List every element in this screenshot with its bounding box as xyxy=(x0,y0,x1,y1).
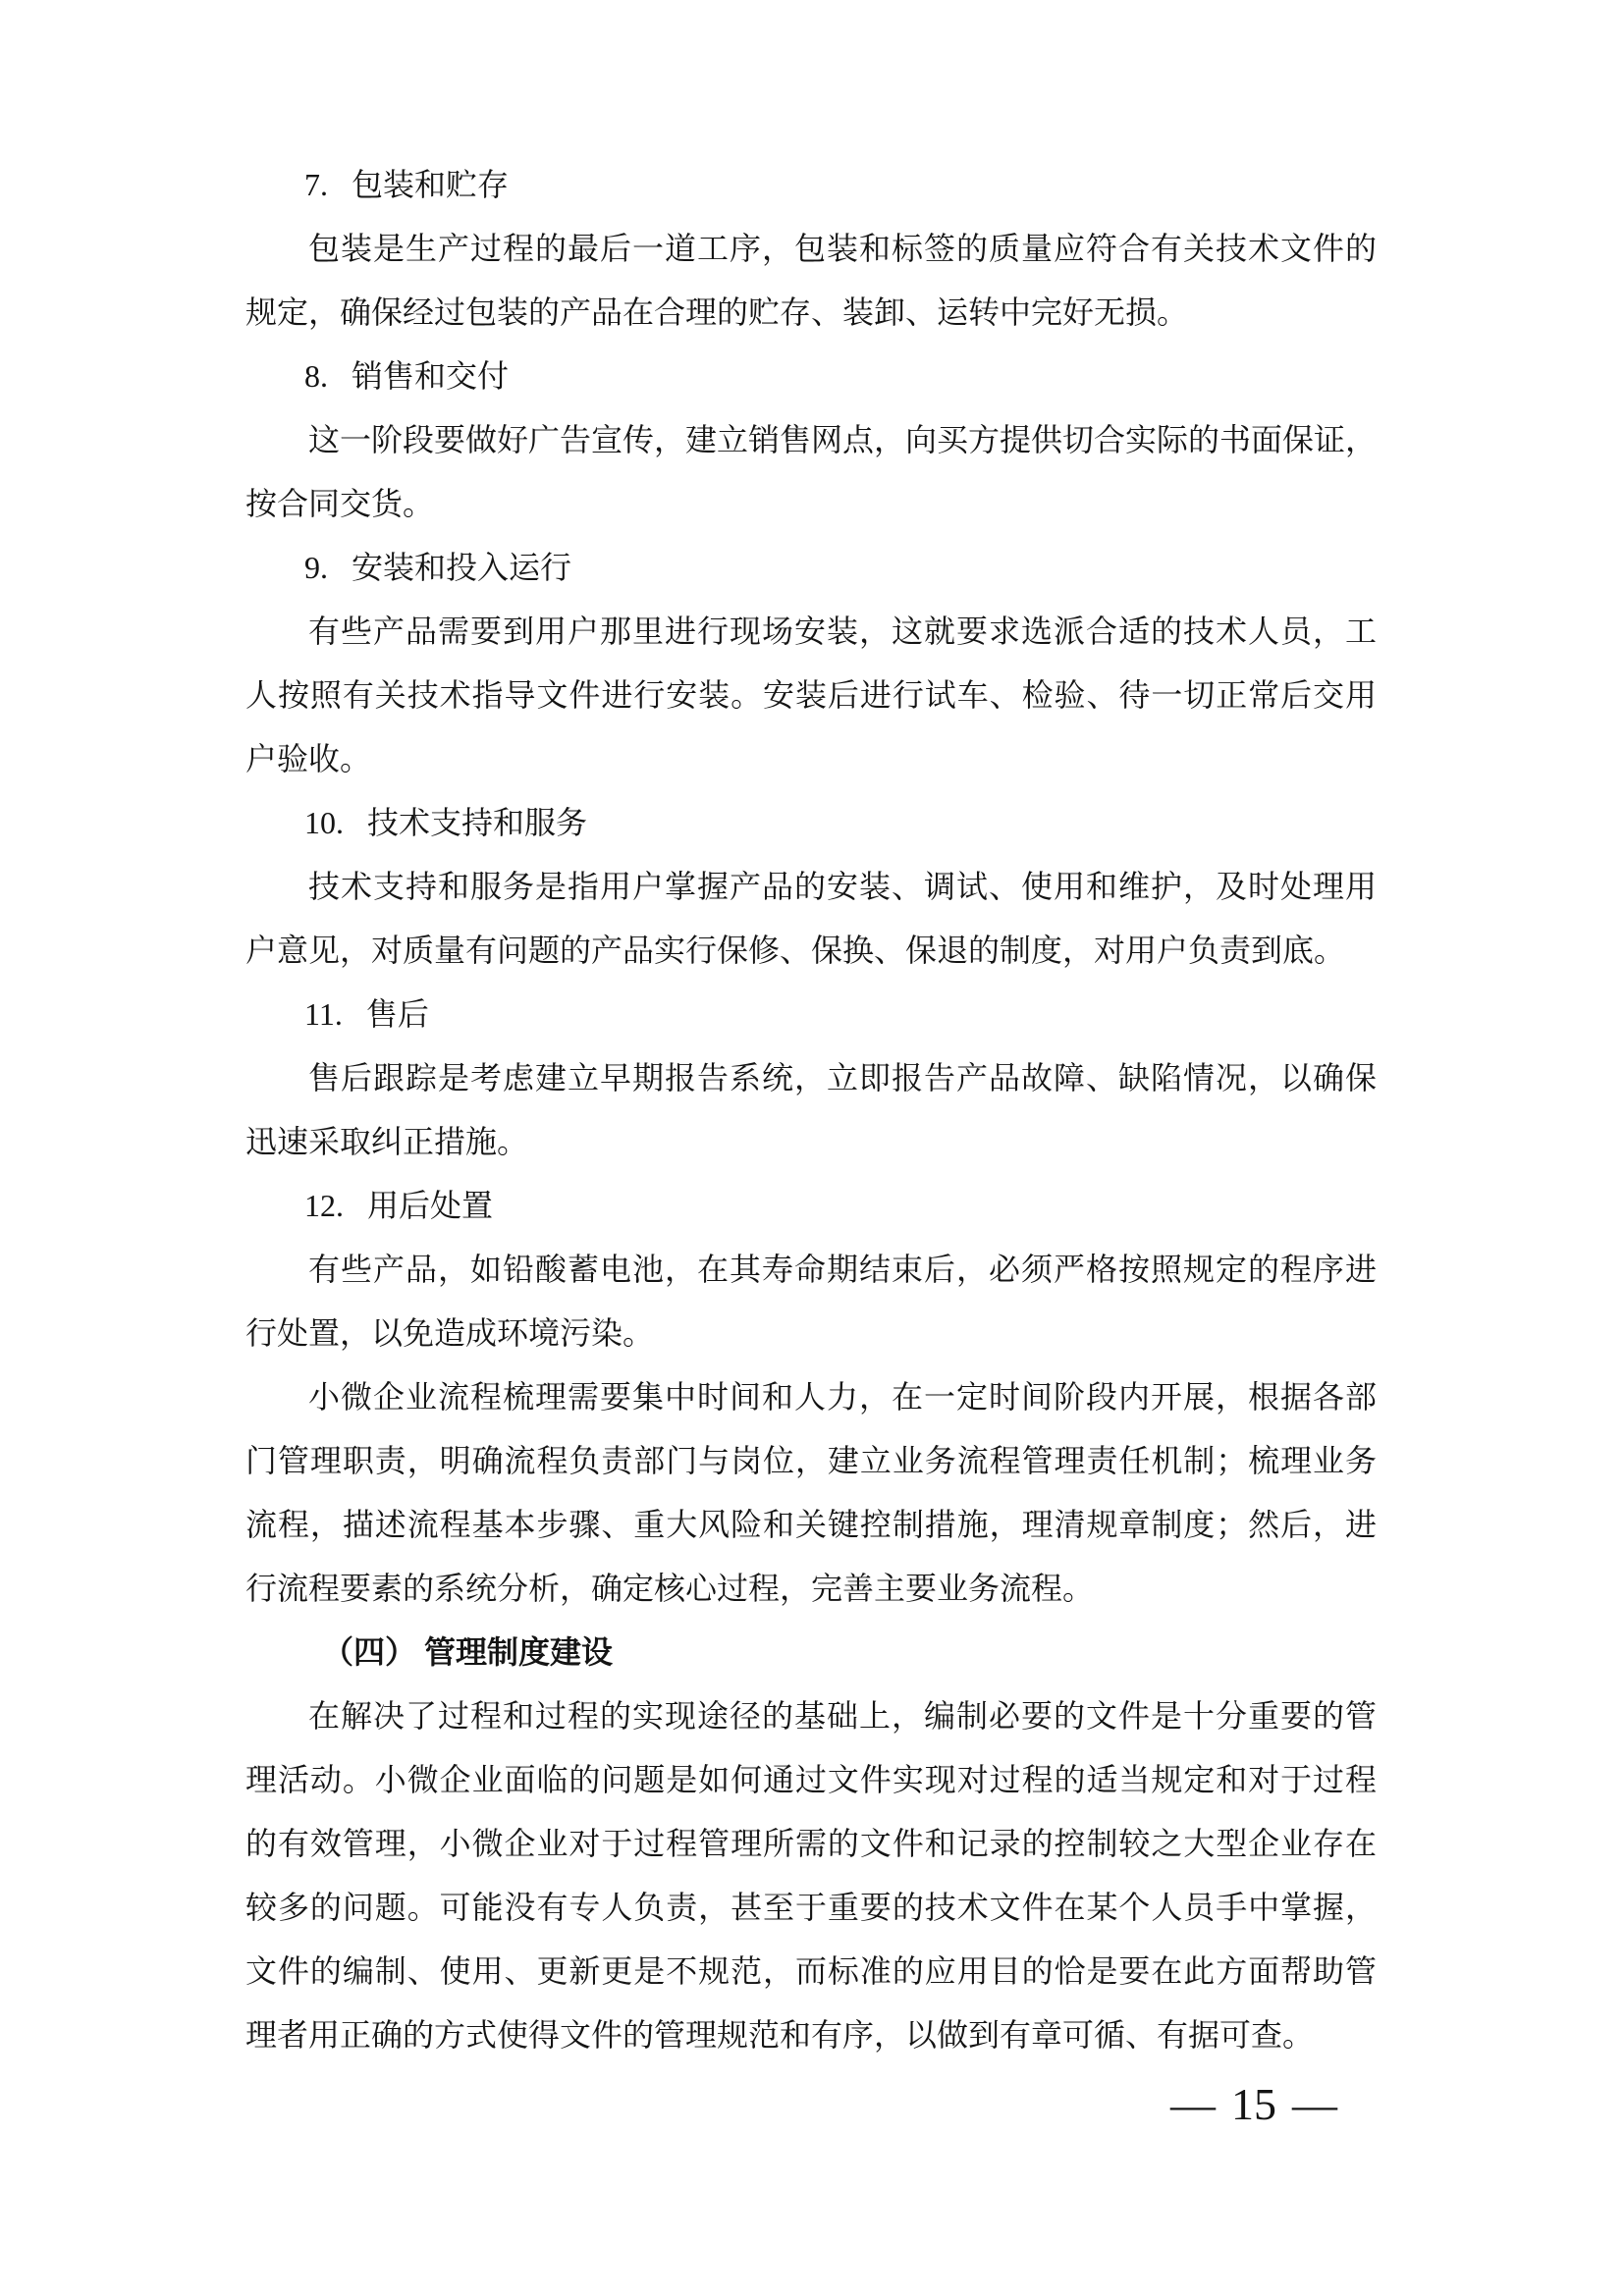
text-line: 技术支持和服务是指用户掌握产品的安装、调试、使用和维护，及时处理用 xyxy=(245,855,1377,919)
heading-number: 7. xyxy=(304,167,328,202)
section-title: 管理制度建设 xyxy=(424,1634,613,1670)
text-line: 规定，确保经过包装的产品在合理的贮存、装卸、运转中完好无损。 xyxy=(245,281,1377,345)
section-heading: （四）管理制度建设 xyxy=(245,1621,1377,1684)
numbered-heading-7: 7.包装和贮存 xyxy=(245,153,1377,217)
text-line: 户验收。 xyxy=(245,727,1377,791)
numbered-heading-8: 8.销售和交付 xyxy=(245,345,1377,408)
text-line: 这一阶段要做好广告宣传，建立销售网点，向买方提供切合实际的书面保证， xyxy=(245,408,1377,472)
numbered-heading-11: 11.售后 xyxy=(245,983,1377,1046)
page-footer: —15— xyxy=(245,2077,1377,2132)
text-line: 流程，描述流程基本步骤、重大风险和关键控制措施，理清规章制度；然后，进 xyxy=(245,1493,1377,1557)
text-line: 按合同交货。 xyxy=(245,472,1377,536)
section-number: （四） xyxy=(322,1634,416,1670)
footer-dash-right: — xyxy=(1292,2079,1337,2129)
text-line: 在解决了过程和过程的实现途径的基础上，编制必要的文件是十分重要的管 xyxy=(245,1684,1377,1748)
numbered-heading-12: 12.用后处置 xyxy=(245,1174,1377,1238)
text-line: 理活动。小微企业面临的问题是如何通过文件实现对过程的适当规定和对于过程 xyxy=(245,1748,1377,1812)
text-line: 有些产品需要到用户那里进行现场安装，这就要求选派合适的技术人员，工 xyxy=(245,600,1377,664)
paragraph: 这一阶段要做好广告宣传，建立销售网点，向买方提供切合实际的书面保证， 按合同交货… xyxy=(245,408,1377,536)
page-number: 15 xyxy=(1231,2079,1276,2129)
heading-title: 用后处置 xyxy=(367,1188,493,1223)
document-page: 7.包装和贮存 包装是生产过程的最后一道工序，包装和标签的质量应符合有关技术文件… xyxy=(0,0,1624,2296)
paragraph: 在解决了过程和过程的实现途径的基础上，编制必要的文件是十分重要的管 理活动。小微… xyxy=(245,1684,1377,2067)
paragraph: 技术支持和服务是指用户掌握产品的安装、调试、使用和维护，及时处理用 户意见，对质… xyxy=(245,855,1377,983)
paragraph: 小微企业流程梳理需要集中时间和人力，在一定时间阶段内开展，根据各部 门管理职责，… xyxy=(245,1365,1377,1621)
heading-number: 8. xyxy=(304,358,328,394)
text-line: 门管理职责，明确流程负责部门与岗位，建立业务流程管理责任机制；梳理业务 xyxy=(245,1429,1377,1493)
heading-title: 销售和交付 xyxy=(352,358,509,394)
text-line: 行流程要素的系统分析，确定核心过程，完善主要业务流程。 xyxy=(245,1557,1377,1621)
paragraph: 售后跟踪是考虑建立早期报告系统，立即报告产品故障、缺陷情况，以确保 迅速采取纠正… xyxy=(245,1046,1377,1174)
text-line: 售后跟踪是考虑建立早期报告系统，立即报告产品故障、缺陷情况，以确保 xyxy=(245,1046,1377,1110)
text-line: 有些产品，如铅酸蓄电池，在其寿命期结束后，必须严格按照规定的程序进 xyxy=(245,1238,1377,1302)
heading-title: 安装和投入运行 xyxy=(352,550,571,585)
text-line: 迅速采取纠正措施。 xyxy=(245,1110,1377,1174)
heading-title: 包装和贮存 xyxy=(352,167,509,202)
paragraph: 有些产品需要到用户那里进行现场安装，这就要求选派合适的技术人员，工 人按照有关技… xyxy=(245,600,1377,791)
heading-title: 售后 xyxy=(366,996,429,1032)
text-line: 包装是生产过程的最后一道工序，包装和标签的质量应符合有关技术文件的 xyxy=(245,217,1377,281)
text-line: 户意见，对质量有问题的产品实行保修、保换、保退的制度，对用户负责到底。 xyxy=(245,919,1377,983)
heading-number: 12. xyxy=(304,1188,344,1223)
text-line: 理者用正确的方式使得文件的管理规范和有序，以做到有章可循、有据可查。 xyxy=(245,2003,1377,2067)
footer-dash-left: — xyxy=(1170,2079,1216,2129)
heading-number: 11. xyxy=(304,996,343,1032)
paragraph: 有些产品，如铅酸蓄电池，在其寿命期结束后，必须严格按照规定的程序进 行处置，以免… xyxy=(245,1238,1377,1365)
text-line: 人按照有关技术指导文件进行安装。安装后进行试车、检验、待一切正常后交用 xyxy=(245,664,1377,727)
document-body: 7.包装和贮存 包装是生产过程的最后一道工序，包装和标签的质量应符合有关技术文件… xyxy=(245,153,1377,2067)
text-line: 小微企业流程梳理需要集中时间和人力，在一定时间阶段内开展，根据各部 xyxy=(245,1365,1377,1429)
numbered-heading-10: 10.技术支持和服务 xyxy=(245,791,1377,855)
text-line: 文件的编制、使用、更新更是不规范，而标准的应用目的恰是要在此方面帮助管 xyxy=(245,1940,1377,2003)
text-line: 行处置，以免造成环境污染。 xyxy=(245,1302,1377,1365)
heading-number: 10. xyxy=(304,805,344,840)
text-line: 较多的问题。可能没有专人负责，甚至于重要的技术文件在某个人员手中掌握， xyxy=(245,1876,1377,1940)
text-line: 的有效管理，小微企业对于过程管理所需的文件和记录的控制较之大型企业存在 xyxy=(245,1812,1377,1876)
numbered-heading-9: 9.安装和投入运行 xyxy=(245,536,1377,600)
heading-title: 技术支持和服务 xyxy=(367,805,587,840)
paragraph: 包装是生产过程的最后一道工序，包装和标签的质量应符合有关技术文件的 规定，确保经… xyxy=(245,217,1377,345)
heading-number: 9. xyxy=(304,550,328,585)
